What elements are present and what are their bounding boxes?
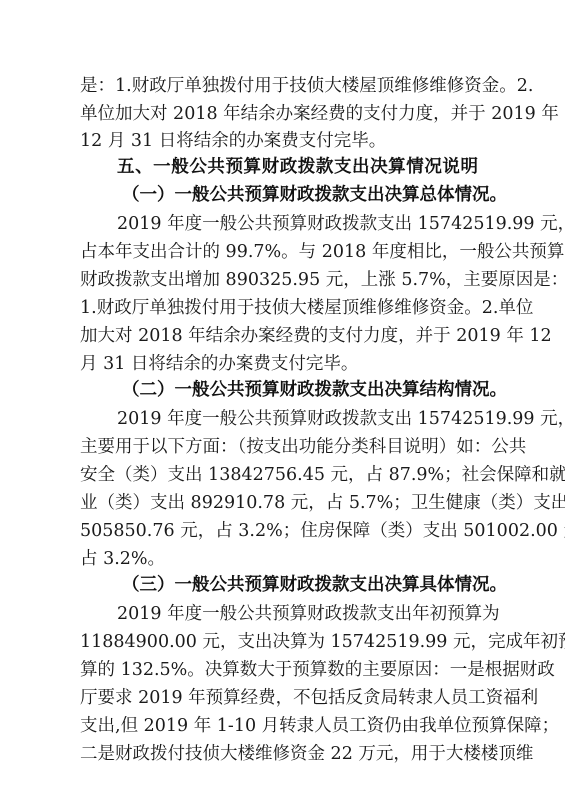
paragraph-first-line: 2019 年度一般公共预算财政拨款支出 15742519.99 元， [117,405,482,433]
body-line: 加大对 2018 年结余办案经费的支付力度，并于 2019 年 12 [80,322,482,350]
body-line: 505850.76 元，占 3.2%；住房保障（类）支出 501002.00 元… [80,517,482,545]
paragraph-first-line: 2019 年度一般公共预算财政拨款支出 15742519.99 元， [117,210,482,238]
body-line: 月 31 日将结余的办案费支付完毕。 [80,350,482,378]
body-line: 占本年支出合计的 99.7%。与 2018 年度相比，一般公共预算 [80,238,482,266]
body-line: 主要用于以下方面：（按支出功能分类科目说明）如：公共 [80,433,482,461]
body-line: 12 月 31 日将结余的办案费支付完毕。 [80,127,482,155]
body-line: 单位加大对 2018 年结余办案经费的支付力度，并于 2019 年 [80,100,482,128]
body-line: 1.财政厅单独拨付用于技侦大楼屋顶维修维修资金。2.单位 [80,294,482,322]
subsection-heading-2: （二）一般公共预算财政拨款支出决算结构情况。 [122,376,482,404]
subsection-heading-1: （一）一般公共预算财政拨款支出决算总体情况。 [122,181,482,209]
body-line: 财政拨款支出增加 890325.95 元，上涨 5.7%，主要原因是： [80,266,482,294]
body-line: 算的 132.5%。决算数大于预算数的主要原因：一是根据财政 [80,656,482,684]
body-line: 支出,但 2019 年 1-10 月转隶人员工资仍由我单位预算保障； [80,712,482,740]
body-line: 是：1.财政厅单独拨付用于技侦大楼屋顶维修维修资金。2. [80,72,482,100]
paragraph-first-line: 2019 年度一般公共预算财政拨款支出年初预算为 [117,600,482,628]
body-line: 厅要求 2019 年预算经费，不包括反贪局转隶人员工资福利 [80,684,482,712]
body-line: 11884900.00 元，支出决算为 15742519.99 元，完成年初预 [80,628,482,656]
document-page: 是：1.财政厅单独拨付用于技侦大楼屋顶维修维修资金。2. 单位加大对 2018 … [0,0,565,800]
section-heading: 五、一般公共预算财政拨款支出决算情况说明 [117,153,478,181]
body-line: 二是财政拨付技侦大楼维修资金 22 万元，用于大楼楼顶维 [80,740,482,768]
body-line: 业（类）支出 892910.78 元，占 5.7%；卫生健康（类）支出 [80,489,482,517]
body-line: 安全（类）支出 13842756.45 元，占 87.9%；社会保障和就 [80,461,482,489]
subsection-heading-3: （三）一般公共预算财政拨款支出决算具体情况。 [122,571,482,599]
body-line: 占 3.2%。 [80,545,482,573]
